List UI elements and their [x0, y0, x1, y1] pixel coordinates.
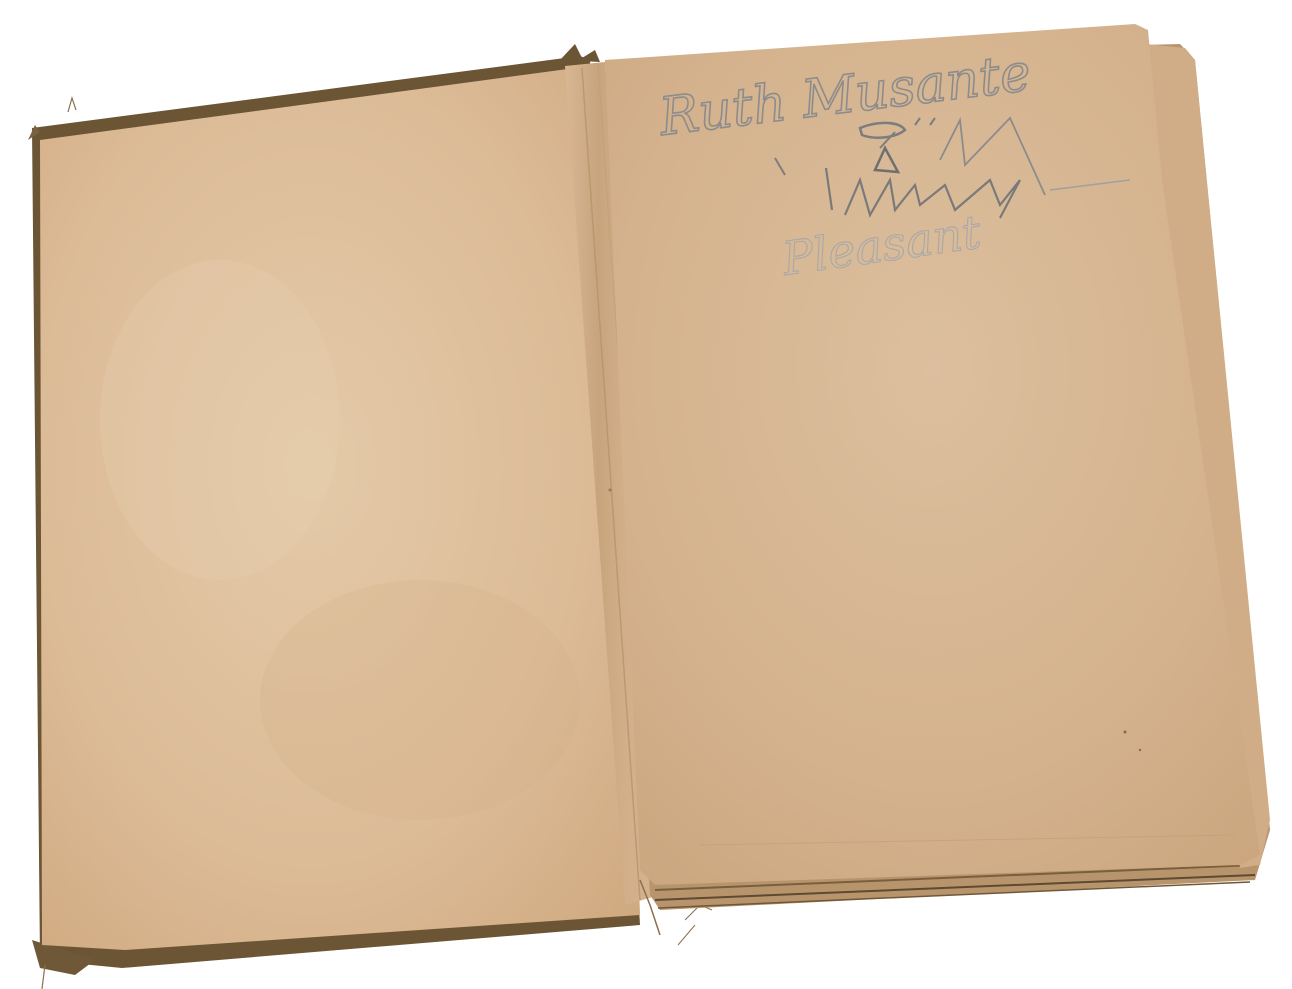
- left-page: [40, 68, 640, 950]
- book-illustration: Ruth Musante Pleasant: [0, 0, 1292, 989]
- book-photo: Ruth Musante Pleasant: [0, 0, 1292, 989]
